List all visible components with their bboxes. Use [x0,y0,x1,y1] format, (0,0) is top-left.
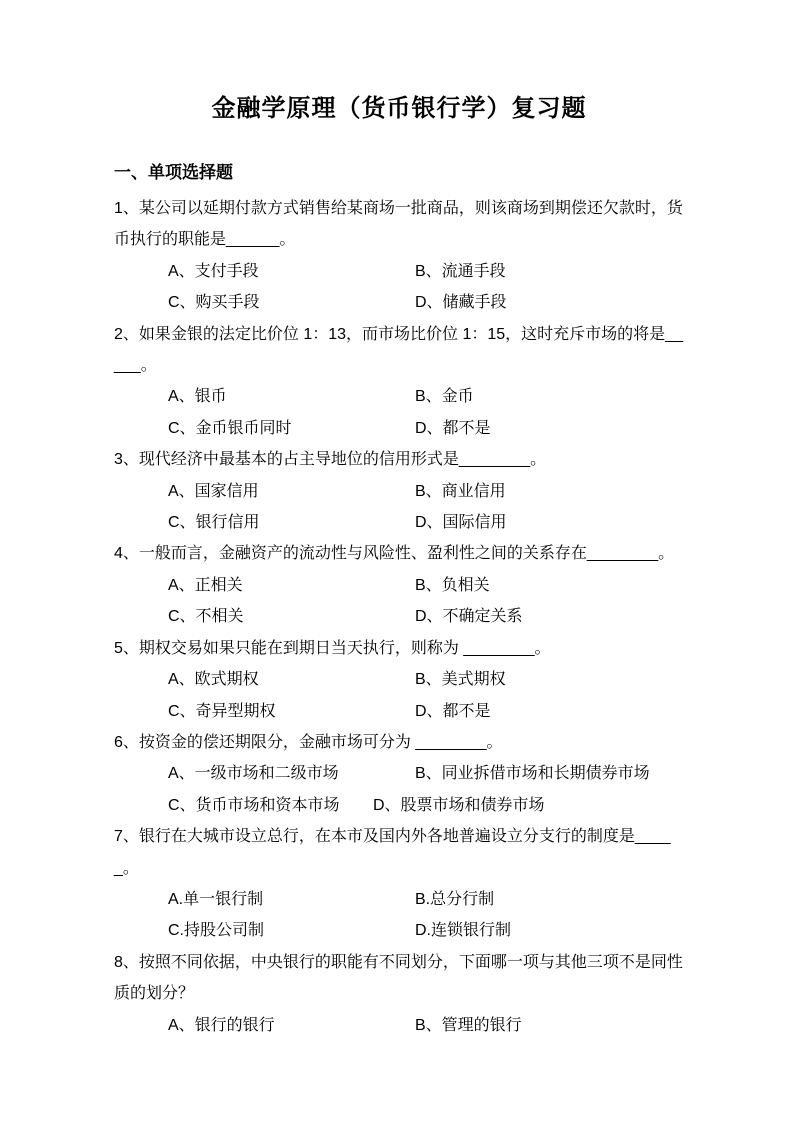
option: C、银行信用 [168,507,415,538]
question-block: 5、期权交易如果只能在到期日当天执行，则称为 ________。 A、欧式期权B… [114,633,684,727]
question-block: 7、银行在大城市设立总行，在本市及国内外各地普遍设立分支行的制度是_____。 … [114,821,684,947]
option: D、储藏手段 [415,287,507,318]
question-block: 4、一般而言，金融资产的流动性与风险性、盈利性之间的关系存在________。 … [114,538,684,632]
option: C、货币市场和资本市场 [168,790,373,821]
option: A、一级市场和二级市场 [168,758,415,789]
question-block: 6、按资金的偿还期限分，金融市场可分为 ________。 A、一级市场和二级市… [114,727,684,821]
option-row: A、欧式期权B、美式期权 [114,664,684,695]
option: C、金币银币同时 [168,413,415,444]
option: A.单一银行制 [168,884,415,915]
option: A、支付手段 [168,256,415,287]
option: A、欧式期权 [168,664,415,695]
question-stem: 3、现代经济中最基本的占主导地位的信用形式是________。 [114,444,686,475]
option: C、购买手段 [168,287,415,318]
option-row: C、货币市场和资本市场D、股票市场和债券市场 [114,790,684,821]
option: D、股票市场和债券市场 [373,790,545,821]
question-block: 3、现代经济中最基本的占主导地位的信用形式是________。 A、国家信用B、… [114,444,684,538]
option: A、正相关 [168,570,415,601]
option-row: A、银币B、金币 [114,381,684,412]
option: C、不相关 [168,601,415,632]
option-row: A、正相关B、负相关 [114,570,684,601]
option: B、管理的银行 [415,1010,522,1041]
option: B、金币 [415,381,474,412]
option: B、流通手段 [415,256,506,287]
option: B.总分行制 [415,884,494,915]
document-page: 金融学原理（货币银行学）复习题 一、单项选择题 1、某公司以延期付款方式销售给某… [0,0,794,1123]
option: D、都不是 [415,413,491,444]
option: D、不确定关系 [415,601,523,632]
option: B、商业信用 [415,476,506,507]
question-stem: 7、银行在大城市设立总行，在本市及国内外各地普遍设立分支行的制度是_____。 [114,821,686,884]
option: D.连锁银行制 [415,915,511,946]
option: D、国际信用 [415,507,507,538]
option: A、银行的银行 [168,1010,415,1041]
question-stem: 2、如果金银的法定比价位 1：13，而市场比价位 1：15，这时充斥市场的将是_… [114,319,686,382]
option-row: A、银行的银行B、管理的银行 [114,1010,684,1041]
question-block: 2、如果金银的法定比价位 1：13，而市场比价位 1：15，这时充斥市场的将是_… [114,319,684,445]
option-row: C、奇异型期权D、都不是 [114,696,684,727]
option-row: C.持股公司制D.连锁银行制 [114,915,684,946]
question-stem: 8、按照不同依据，中央银行的职能有不同划分，下面哪一项与其他三项不是同性质的划分… [114,947,686,1010]
option-row: A、国家信用B、商业信用 [114,476,684,507]
question-stem: 1、某公司以延期付款方式销售给某商场一批商品，则该商场到期偿还欠款时，货币执行的… [114,193,686,256]
question-stem: 6、按资金的偿还期限分，金融市场可分为 ________。 [114,727,686,758]
option-row: C、金币银币同时D、都不是 [114,413,684,444]
option-row: A、一级市场和二级市场B、同业拆借市场和长期债券市场 [114,758,684,789]
option-row: A.单一银行制B.总分行制 [114,884,684,915]
option: B、负相关 [415,570,490,601]
option-row: C、不相关D、不确定关系 [114,601,684,632]
option: B、同业拆借市场和长期债券市场 [415,758,650,789]
section-heading: 一、单项选择题 [114,160,684,186]
option: A、银币 [168,381,415,412]
question-block: 1、某公司以延期付款方式销售给某商场一批商品，则该商场到期偿还欠款时，货币执行的… [114,193,684,319]
option: C.持股公司制 [168,915,415,946]
option-row: A、支付手段B、流通手段 [114,256,684,287]
question-block: 8、按照不同依据，中央银行的职能有不同划分，下面哪一项与其他三项不是同性质的划分… [114,947,684,1041]
document-title: 金融学原理（货币银行学）复习题 [114,90,684,128]
question-stem: 5、期权交易如果只能在到期日当天执行，则称为 ________。 [114,633,686,664]
question-list: 1、某公司以延期付款方式销售给某商场一批商品，则该商场到期偿还欠款时，货币执行的… [114,193,684,1041]
option: A、国家信用 [168,476,415,507]
option: B、美式期权 [415,664,506,695]
option: D、都不是 [415,696,491,727]
option: C、奇异型期权 [168,696,415,727]
option-row: C、购买手段D、储藏手段 [114,287,684,318]
question-stem: 4、一般而言，金融资产的流动性与风险性、盈利性之间的关系存在________。 [114,538,686,569]
option-row: C、银行信用D、国际信用 [114,507,684,538]
